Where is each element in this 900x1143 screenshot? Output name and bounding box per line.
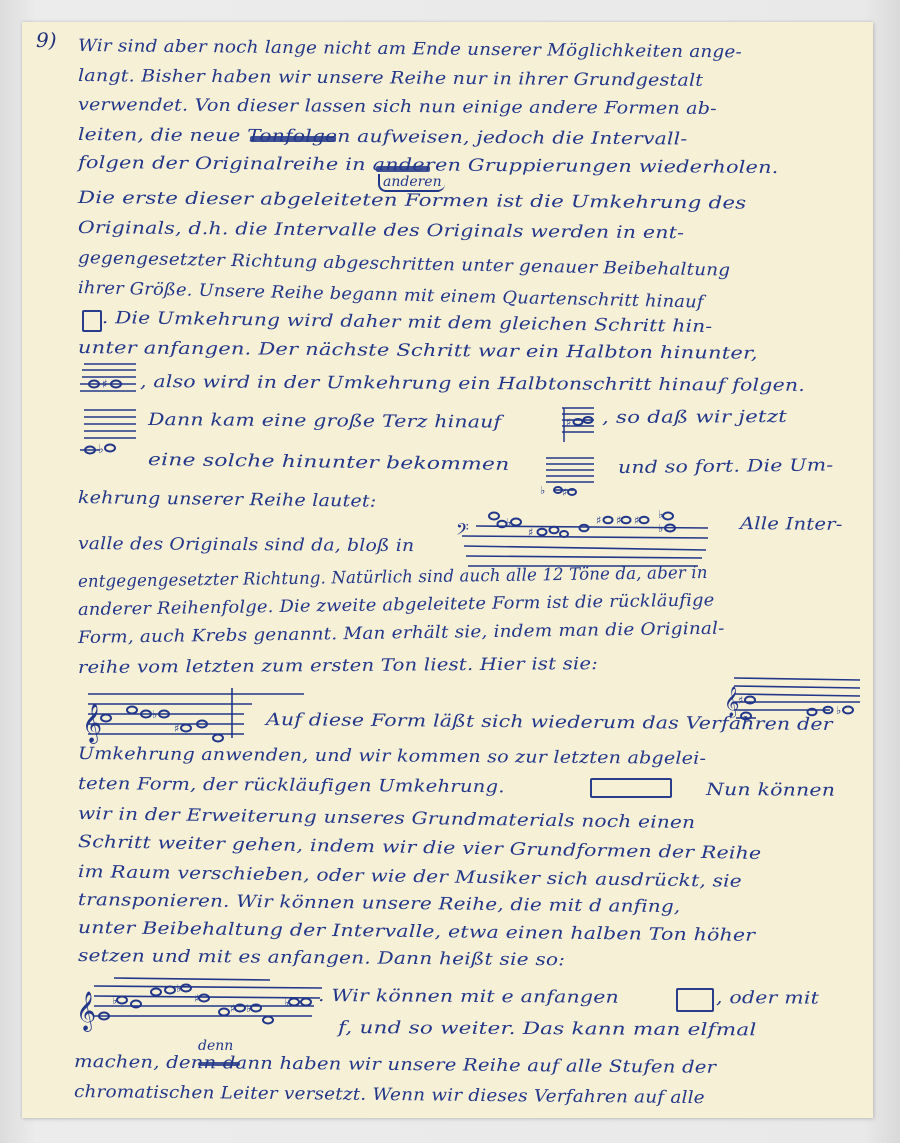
text-line: im Raum verschieben, oder wie der Musike… — [78, 862, 742, 892]
svg-text:♭: ♭ — [176, 982, 181, 995]
text-line: Auf diese Form läßt sich wiederum das Ve… — [266, 710, 833, 735]
text-line: gegengesetzter Richtung abgeschritten un… — [78, 248, 731, 281]
text-line: Originals, d.h. die Intervalle des Origi… — [78, 218, 684, 243]
text-line: Form, auch Krebs genannt. Man erhält sie… — [78, 619, 725, 648]
svg-text:♭: ♭ — [112, 994, 117, 1007]
svg-text:♯: ♯ — [102, 377, 108, 391]
text-line: verwendet. Von dieser lassen sich nun ei… — [78, 95, 717, 119]
music-example-transposed-row-e — [676, 988, 714, 1012]
inserted-word-denn: denn — [198, 1038, 233, 1054]
svg-text:𝄞: 𝄞 — [76, 991, 96, 1032]
svg-text:♯: ♯ — [528, 526, 533, 539]
text-line: reihe vom letzten zum ersten Ton liest. … — [78, 654, 598, 678]
text-line: . Wir können mit e anfangen — [318, 986, 619, 1008]
text-line: unter Beibehaltung der Intervalle, etwa … — [78, 918, 756, 946]
music-example-fourth-inverted: ♭ ♯ — [534, 454, 600, 498]
svg-text:♯: ♯ — [596, 514, 601, 527]
svg-text:♭: ♭ — [506, 516, 511, 529]
music-example-major-third-down: ♭ — [78, 406, 140, 460]
text-line: Umkehrung anwenden, und wir kommen so zu… — [78, 744, 706, 769]
music-example-inversion-row: 𝄢 ♭♯ ♯♯ ♯♭♭ — [456, 506, 726, 568]
svg-text:♯: ♯ — [634, 514, 639, 527]
text-line: valle des Originals sind da, bloß in — [78, 534, 414, 556]
svg-text:♭: ♭ — [284, 996, 289, 1009]
text-line: machen, denn dann haben wir unsere Reihe… — [74, 1052, 716, 1078]
text-line: Nun können — [706, 780, 835, 801]
svg-text:♯: ♯ — [566, 416, 571, 429]
music-example-retrograde-inversion — [590, 778, 672, 798]
svg-text:♭: ♭ — [836, 704, 841, 717]
svg-text:♭: ♭ — [98, 442, 104, 456]
text-line: wir in der Erweiterung unseres Grundmate… — [78, 804, 696, 833]
text-line: unter anfangen. Der nächste Schritt war … — [78, 338, 758, 364]
svg-text:♭: ♭ — [658, 508, 663, 521]
text-line: Dann kam eine große Terz hinauf — [148, 410, 502, 433]
svg-text:♯: ♯ — [616, 514, 621, 527]
text-line: entgegengesetzter Richtung. Natürlich si… — [78, 563, 708, 592]
music-example-transposed-row-es: 𝄞 ♭♭♯ ♯♭♭ — [74, 972, 324, 1034]
text-line: langt. Bisher haben wir unsere Reihe nur… — [78, 66, 703, 91]
text-line: Wir sind aber noch lange nicht am Ende u… — [78, 36, 742, 62]
text-line: Alle Inter- — [740, 514, 843, 535]
svg-text:𝄞: 𝄞 — [82, 703, 102, 744]
text-line: kehrung unserer Reihe lautet: — [78, 488, 377, 512]
struck-word — [376, 166, 430, 172]
text-line: setzen und mit es anfangen. Dann heißt s… — [78, 946, 565, 970]
svg-text:♯: ♯ — [194, 992, 199, 1005]
text-line: und so fort. Die Um- — [618, 455, 834, 478]
svg-text:♯: ♯ — [230, 1002, 235, 1015]
svg-text:♯: ♯ — [738, 694, 743, 707]
text-line: ihrer Größe. Unsere Reihe begann mit ein… — [78, 278, 704, 313]
text-line: chromatischen Leiter versetzt. Wenn wir … — [74, 1082, 705, 1108]
text-line: anderer Reihenfolge. Die zweite abgeleit… — [78, 590, 715, 620]
text-line: , oder mit — [716, 988, 819, 1009]
music-example-semitone-down: ♯ — [78, 360, 140, 396]
text-line: teten Form, der rückläufigen Umkehrung. — [78, 774, 505, 797]
svg-text:♭: ♭ — [658, 522, 663, 535]
svg-text:♯: ♯ — [562, 486, 567, 499]
page-number: 9) — [36, 28, 57, 52]
text-line: leiten, die neue Tonfolgen aufweisen, je… — [78, 125, 688, 149]
text-line: Die erste dieser abgeleiteten Formen ist… — [78, 188, 747, 214]
music-example-major-third-up: ♯ — [558, 404, 598, 444]
svg-text:♯: ♯ — [174, 722, 179, 735]
svg-text:𝄢: 𝄢 — [456, 519, 469, 543]
text-line: Schritt weiter gehen, indem wir die vier… — [78, 832, 762, 864]
struck-word — [250, 136, 336, 142]
text-line: , also wird in der Umkehrung ein Halbton… — [140, 372, 805, 396]
text-line: . Die Umkehrung wird daher mit dem gleic… — [102, 308, 713, 337]
svg-text:♭: ♭ — [540, 484, 545, 497]
text-line: transponieren. Wir können unsere Reihe, … — [78, 890, 681, 917]
manuscript-page: 9) Wir sind aber noch lange nicht am End… — [22, 22, 873, 1118]
text-line: eine solche hinunter bekommen — [148, 450, 510, 475]
inserted-word-anderen: anderen — [378, 174, 445, 192]
svg-text:♭: ♭ — [152, 708, 157, 721]
text-line: f, und so weiter. Das kann man elfmal — [338, 1018, 757, 1040]
music-example-quarter-step-up — [82, 310, 102, 332]
text-line: , so daß wir jetzt — [602, 407, 787, 428]
svg-text:♭: ♭ — [246, 1002, 251, 1015]
